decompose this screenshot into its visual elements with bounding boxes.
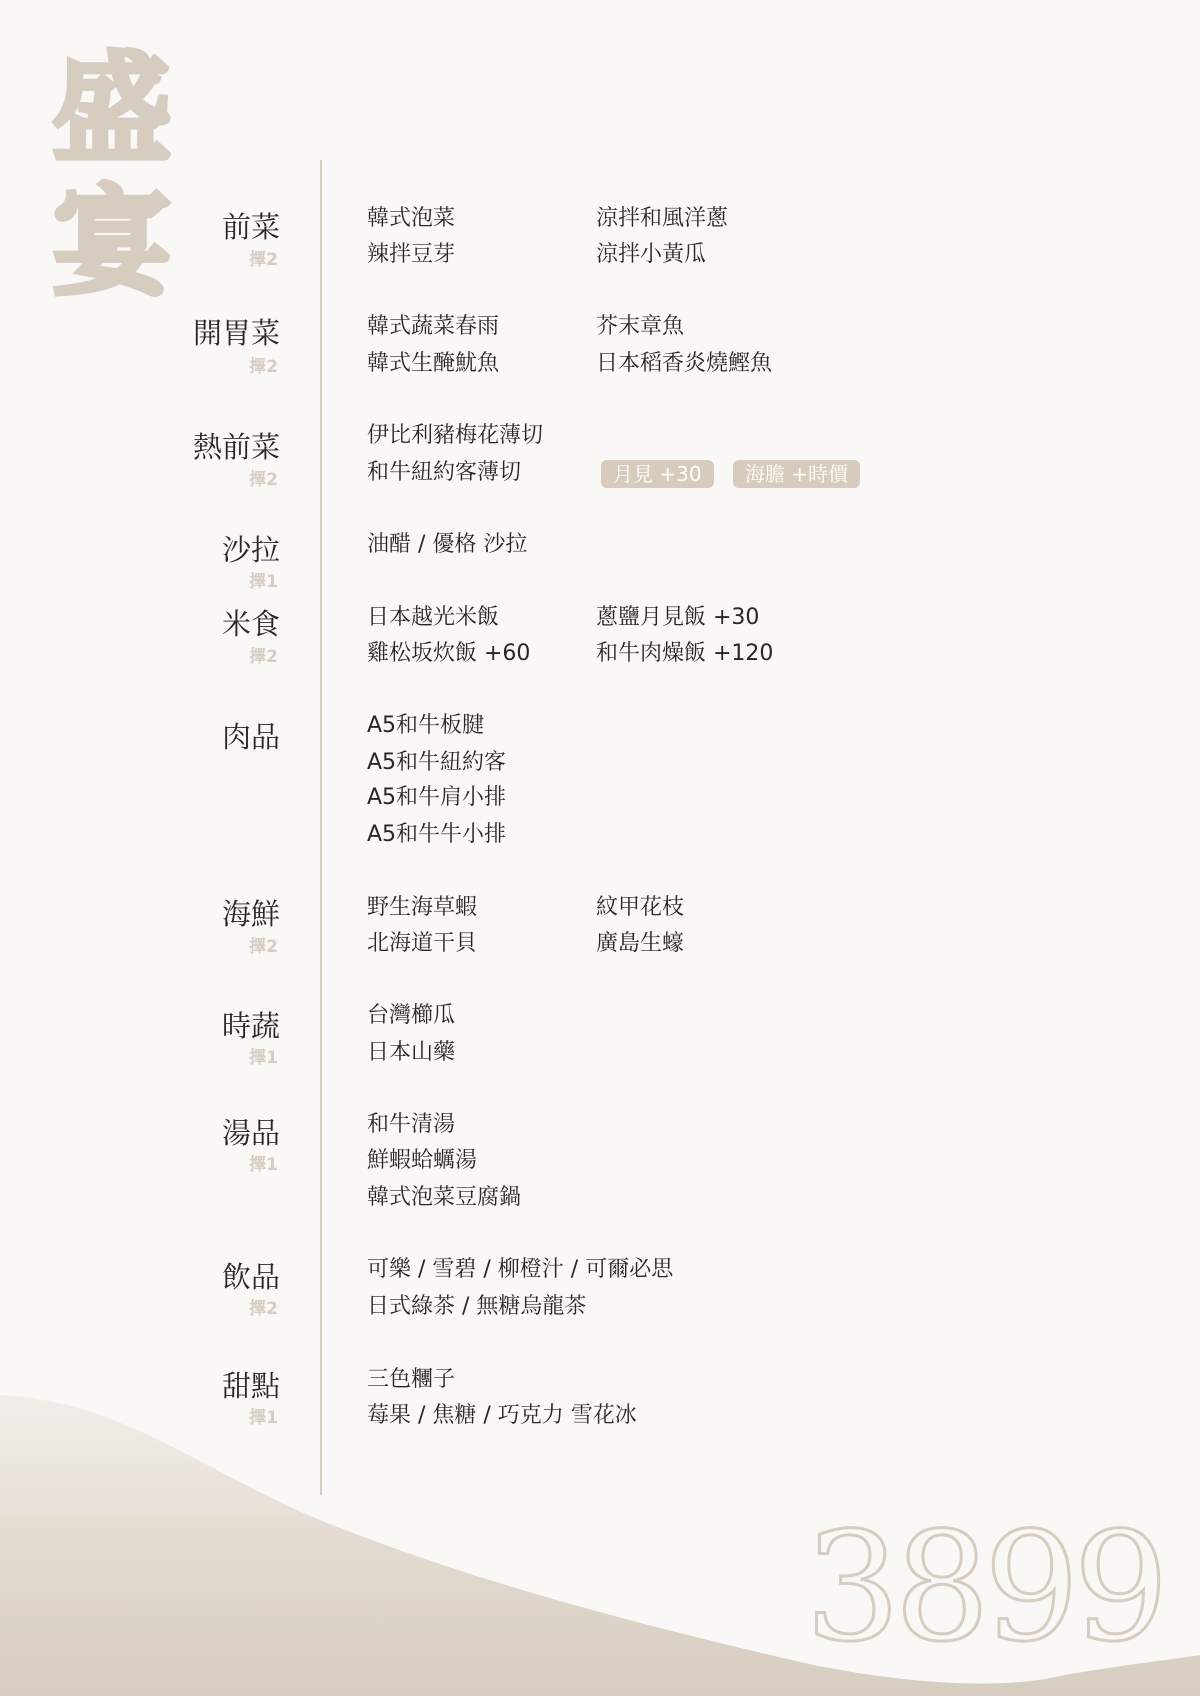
category-label: 湯品: [222, 1116, 280, 1150]
addon-tag-uni: 海膽 +時價: [733, 460, 860, 488]
menu-item: 油醋 / 優格 沙拉: [367, 531, 527, 559]
menu-item: A5和牛肩小排: [367, 784, 506, 812]
menu-item: 韓式泡菜豆腐鍋: [367, 1184, 521, 1212]
menu-item: 日式綠茶 / 無糖烏龍茶: [367, 1293, 586, 1321]
choose-count: 擇1: [249, 1408, 278, 1428]
menu-item: 台灣櫛瓜: [367, 1002, 455, 1030]
category-label: 甜點: [222, 1369, 280, 1403]
menu-item: A5和牛牛小排: [367, 821, 506, 849]
menu-item: 和牛紐約客薄切: [367, 459, 521, 487]
category-label: 熱前菜: [193, 430, 280, 464]
title-char-2: 宴: [50, 180, 174, 304]
menu-item: 野生海草蝦: [367, 894, 477, 922]
menu-item: 莓果 / 焦糖 / 巧克力 雪花冰: [367, 1402, 637, 1430]
menu-item: 伊比利豬梅花薄切: [367, 422, 543, 450]
category-label: 時蔬: [222, 1009, 280, 1043]
vertical-divider: [320, 160, 322, 1495]
menu-item: A5和牛紐約客: [367, 749, 506, 777]
category-label: 沙拉: [222, 533, 280, 567]
menu-item: 芥末章魚: [596, 313, 684, 341]
menu-item: 和牛清湯: [367, 1111, 455, 1139]
category-label: 肉品: [222, 720, 280, 754]
choose-count: 擇2: [249, 937, 278, 957]
menu-item: 涼拌小黃瓜: [596, 241, 706, 269]
category-label: 前菜: [222, 210, 280, 244]
menu-item: 日本稻香炎燒鰹魚: [596, 350, 772, 378]
menu-item: 鮮蝦蛤蠣湯: [367, 1147, 477, 1175]
menu-item: 日本越光米飯: [367, 604, 499, 632]
menu-item: 紋甲花枝: [596, 894, 684, 922]
category-label: 開胃菜: [193, 316, 280, 350]
menu-item: A5和牛板腱: [367, 712, 484, 740]
menu-item: 辣拌豆芽: [367, 241, 455, 269]
menu-item: 和牛肉燥飯 +120: [596, 640, 773, 668]
menu-item: 北海道干貝: [367, 930, 477, 958]
menu-item: 涼拌和風洋蔥: [596, 205, 728, 233]
menu-item: 韓式泡菜: [367, 205, 455, 233]
choose-count: 擇1: [249, 1155, 278, 1175]
menu-item: 三色糰子: [367, 1366, 455, 1394]
category-label: 飲品: [222, 1260, 280, 1294]
choose-count: 擇1: [249, 1048, 278, 1068]
title-char-1: 盛: [50, 47, 174, 171]
addon-tag-egg: 月見 +30: [601, 460, 714, 488]
menu-item: 雞松坂炊飯 +60: [367, 640, 530, 668]
menu-item: 蔥鹽月見飯 +30: [596, 604, 759, 632]
menu-item: 可樂 / 雪碧 / 柳橙汁 / 可爾必思: [367, 1256, 673, 1284]
category-label: 米食: [222, 607, 280, 641]
choose-count: 擇1: [249, 572, 278, 592]
choose-count: 擇2: [249, 647, 278, 667]
category-label: 海鮮: [222, 897, 280, 931]
menu-item: 廣島生蠔: [596, 930, 684, 958]
choose-count: 擇2: [249, 250, 278, 270]
menu-item: 日本山藥: [367, 1039, 455, 1067]
menu-item: 韓式生醃魷魚: [367, 350, 499, 378]
set-price: 3899: [805, 1518, 1163, 1658]
choose-count: 擇2: [249, 1299, 278, 1319]
choose-count: 擇2: [249, 357, 278, 377]
choose-count: 擇2: [249, 470, 278, 490]
menu-item: 韓式蔬菜春雨: [367, 313, 499, 341]
